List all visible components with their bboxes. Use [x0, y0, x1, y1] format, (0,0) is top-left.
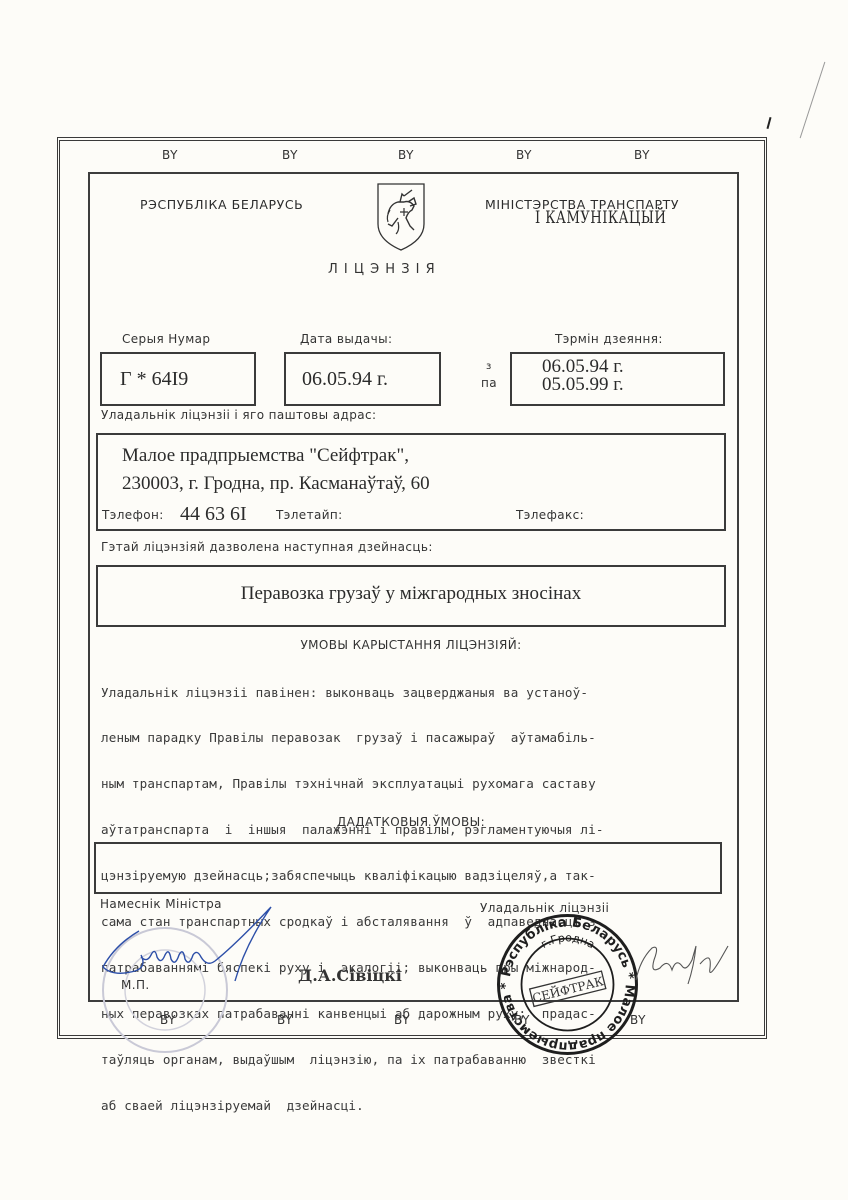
border-mark: BY — [514, 1013, 530, 1027]
activity-box: Перавозка грузаў у міжгародных зносінах — [96, 565, 726, 627]
holder-name: Малое прадпрыемства "Сейфтрак", — [122, 445, 409, 467]
additional-conditions-box — [94, 842, 722, 894]
conditions-line: ным транспартам, Правілы тэхнічнай экспл… — [101, 776, 731, 791]
holder-box: Малое прадпрыемства "Сейфтрак", 230003, … — [96, 433, 726, 531]
holder-label: Уладальнік ліцэнзіі і яго паштовы адрас: — [101, 408, 376, 422]
conditions-line: леным парадку Правілы перавозак грузаў і… — [101, 730, 731, 745]
activity-label: Гэтай ліцэнзіяй дазволена наступная дзей… — [101, 540, 433, 554]
validity-box: 06.05.94 г. 05.05.99 г. — [510, 352, 725, 406]
series-number-box: Г * 64І9 — [100, 352, 256, 406]
pahonia-coat-of-arms-icon — [374, 180, 428, 252]
holder-address: 230003, г. Гродна, пр. Касманаўтаў, 60 — [122, 473, 430, 495]
issue-date-value: 06.05.94 г. — [302, 368, 388, 391]
stray-mark — [766, 117, 771, 129]
series-number-label: Серыя Нумар — [122, 332, 210, 346]
phone-value: 44 63 6І — [180, 503, 247, 526]
border-mark: BY — [398, 148, 414, 162]
series-number-value: Г * 64І9 — [120, 368, 188, 391]
fax-label: Тэлефакс: — [516, 508, 584, 522]
border-mark: BY — [162, 148, 178, 162]
issue-date-box: 06.05.94 г. — [284, 352, 441, 406]
ministry-title-line2: І КАМУНІКАЦЫЙ — [535, 208, 666, 228]
border-mark: BY — [394, 1013, 410, 1027]
border-mark: BY — [634, 148, 650, 162]
activity-value: Перавозка грузаў у міжгародных зносінах — [98, 583, 724, 605]
valid-to-label: па — [481, 376, 497, 390]
issue-date-label: Дата выдачы: — [300, 332, 393, 346]
valid-to-value: 05.05.99 г. — [542, 376, 624, 394]
conditions-line: Уладальнік ліцэнзіі павінен: выконваць з… — [101, 685, 731, 700]
border-mark: BY — [160, 1013, 176, 1027]
phone-label: Тэлефон: — [102, 508, 164, 522]
validity-label: Тэрмін дзеяння: — [555, 332, 663, 346]
border-mark: BY — [630, 1013, 646, 1027]
company-stamp-icon: Рэспубліка Беларусь * Малое прадпрыемств… — [495, 912, 640, 1057]
stray-mark — [800, 62, 826, 138]
svg-text:СЕЙФТРАК: СЕЙФТРАК — [530, 972, 605, 1005]
document-title: Л І Ц Э Н З І Я — [328, 262, 436, 277]
border-mark: BY — [282, 148, 298, 162]
additional-conditions-title: ДАДАТКОВЫЯ ЎМОВЫ: — [96, 815, 726, 829]
border-mark: BY — [516, 148, 532, 162]
conditions-title: УМОВЫ КАРЫСТАННЯ ЛІЦЭНЗІЯЙ: — [96, 638, 726, 652]
teletype-label: Тэлетайп: — [276, 508, 343, 522]
deputy-minister-name: Д.А.Сівіцкі — [298, 966, 402, 985]
republic-title: РЭСПУБЛІКА БЕЛАРУСЬ — [140, 197, 303, 212]
valid-from-label: з — [486, 361, 492, 372]
conditions-line: аб сваей ліцэнзіруемай дзейнасці. — [101, 1098, 731, 1113]
border-mark: BY — [277, 1013, 293, 1027]
holder-signature-icon — [630, 940, 740, 990]
